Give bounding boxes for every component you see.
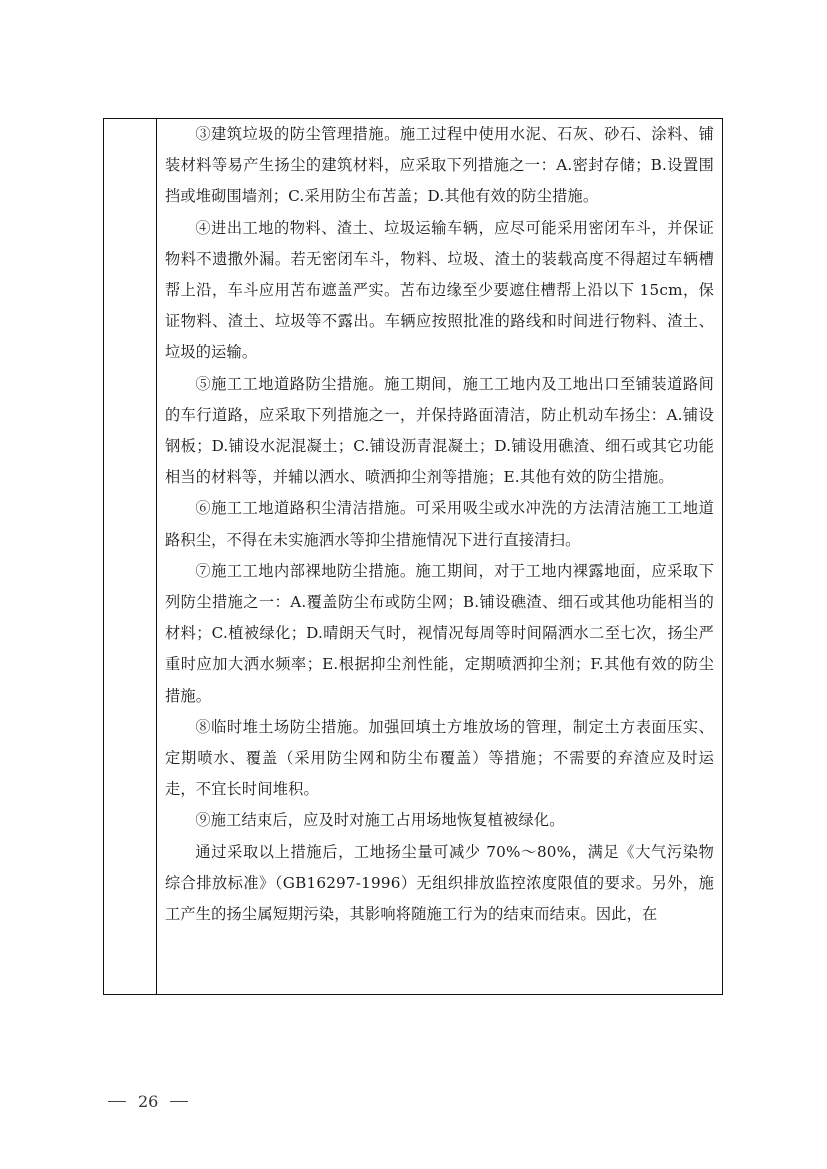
page-footer: 26 <box>108 1092 188 1111</box>
table-right-cell: ③建筑垃圾的防尘管理措施。施工过程中使用水泥、石灰、砂石、涂料、铺装材料等易产生… <box>157 119 722 994</box>
table-left-cell <box>104 119 157 994</box>
dash-right <box>170 1101 188 1102</box>
paragraph-8-soil-stockpile: ⑧临时堆土场防尘措施。加强回填土方堆放场的管理，制定土方表面压实、定期喷水、覆盖… <box>165 712 714 806</box>
paragraph-7-bare-ground: ⑦施工工地内部裸地防尘措施。施工期间，对于工地内裸露地面，应采取下列防尘措施之一… <box>165 556 714 712</box>
paragraph-3-construction-waste: ③建筑垃圾的防尘管理措施。施工过程中使用水泥、石灰、砂石、涂料、铺装材料等易产生… <box>165 119 714 213</box>
paragraph-4-transport-vehicles: ④进出工地的物料、渣土、垃圾运输车辆，应尽可能采用密闭车斗，并保证物料不遗撒外漏… <box>165 213 714 369</box>
paragraph-5-road-dust: ⑤施工工地道路防尘措施。施工期间，施工工地内及工地出口至铺装道路间的车行道路，应… <box>165 369 714 494</box>
paragraph-summary: 通过采取以上措施后，工地扬尘量可减少 70%～80%，满足《大气污染物综合排放标… <box>165 837 714 931</box>
content-table: ③建筑垃圾的防尘管理措施。施工过程中使用水泥、石灰、砂石、涂料、铺装材料等易产生… <box>103 118 723 995</box>
page-number: 26 <box>138 1092 158 1111</box>
paragraph-9-revegetation: ⑨施工结束后，应及时对施工占用场地恢复植被绿化。 <box>165 805 714 836</box>
dash-left <box>108 1101 126 1102</box>
paragraph-6-road-cleaning: ⑥施工工地道路积尘清洁措施。可采用吸尘或水冲洗的方法清洁施工工地道路积尘，不得在… <box>165 493 714 555</box>
